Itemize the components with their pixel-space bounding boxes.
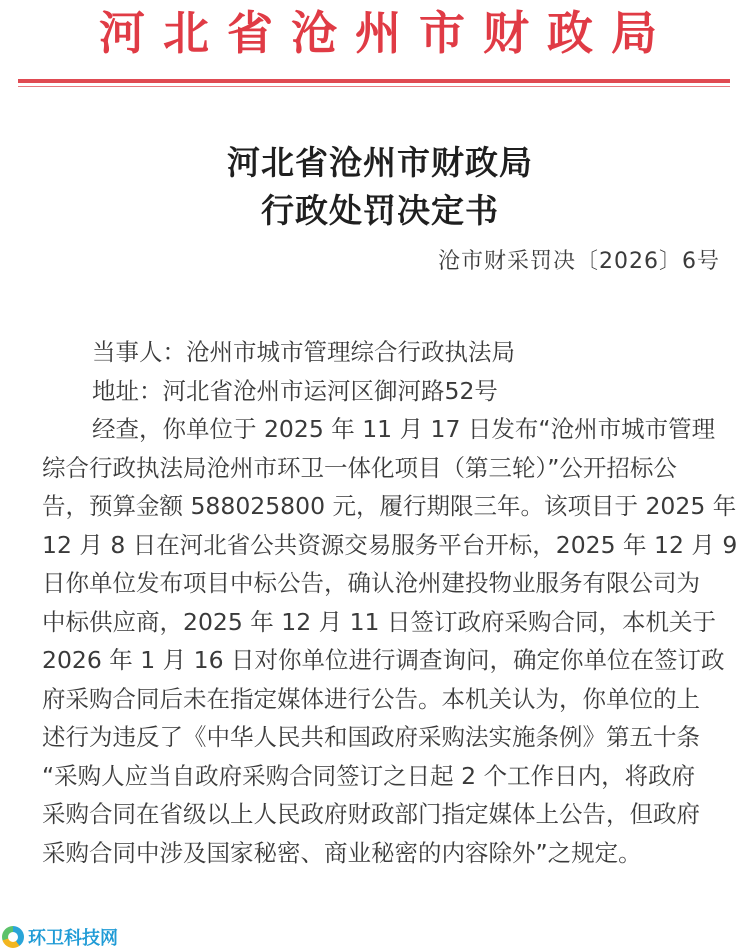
text-line: 综合行政执法局沧州市环卫一体化项目（第三轮）”公开招标公: [42, 449, 722, 488]
watermark: 环卫科技网: [2, 925, 118, 949]
address-value: 河北省沧州市运河区御河路52号: [163, 377, 498, 405]
text-line: 府采购合同后未在指定媒体进行公告。本机关认为，你单位的上: [42, 680, 722, 719]
text-line: 采购合同中涉及国家秘密、商业秘密的内容除外”之规定。: [42, 834, 722, 873]
text-line: 述行为违反了《中华人民共和国政府采购法实施条例》第五十条: [42, 718, 722, 757]
text-line: 2026 年 1 月 16 日对你单位进行调查询问，确定你单位在签订政: [42, 641, 722, 680]
text-line: 经查，你单位于 2025 年 11 月 17 日发布“沧州市城市管理: [42, 410, 722, 449]
text-line: “采购人应当自政府采购合同签订之日起 2 个工作日内，将政府: [42, 757, 722, 796]
letterhead-title: 河北省沧州市财政局: [0, 2, 750, 64]
party-line: 当事人：沧州市城市管理综合行政执法局: [42, 333, 722, 372]
document-body: 当事人：沧州市城市管理综合行政执法局 地址：河北省沧州市运河区御河路52号 经查…: [42, 333, 722, 872]
address-label: 地址：: [92, 377, 163, 405]
text-line: 日你单位发布项目中标公告，确认沧州建投物业服务有限公司为: [42, 564, 722, 603]
watermark-text: 环卫科技网: [28, 924, 118, 950]
text-line: 采购合同在省级以上人民政府财政部门指定媒体上公告，但政府: [42, 795, 722, 834]
party-label: 当事人：: [92, 338, 186, 366]
findings-paragraph: 经查，你单位于 2025 年 11 月 17 日发布“沧州市城市管理 综合行政执…: [42, 410, 722, 872]
letterhead-divider-thick: [18, 79, 730, 83]
document-title-type: 行政处罚决定书: [190, 188, 570, 234]
document-number: 沧市财采罚决〔2026〕6号: [438, 244, 720, 275]
text-line: 中标供应商，2025 年 12 月 11 日签订政府采购合同，本机关于: [42, 603, 722, 642]
text-line: 12 月 8 日在河北省公共资源交易服务平台开标，2025 年 12 月 9: [42, 526, 722, 565]
party-value: 沧州市城市管理综合行政执法局: [186, 338, 515, 366]
address-line: 地址：河北省沧州市运河区御河路52号: [42, 372, 722, 411]
logo-icon: [2, 926, 24, 948]
letterhead-divider-thin: [18, 86, 730, 87]
text-line: 告，预算金额 588025800 元，履行期限三年。该项目于 2025 年: [42, 487, 722, 526]
document-title-issuer: 河北省沧州市财政局: [190, 140, 570, 186]
